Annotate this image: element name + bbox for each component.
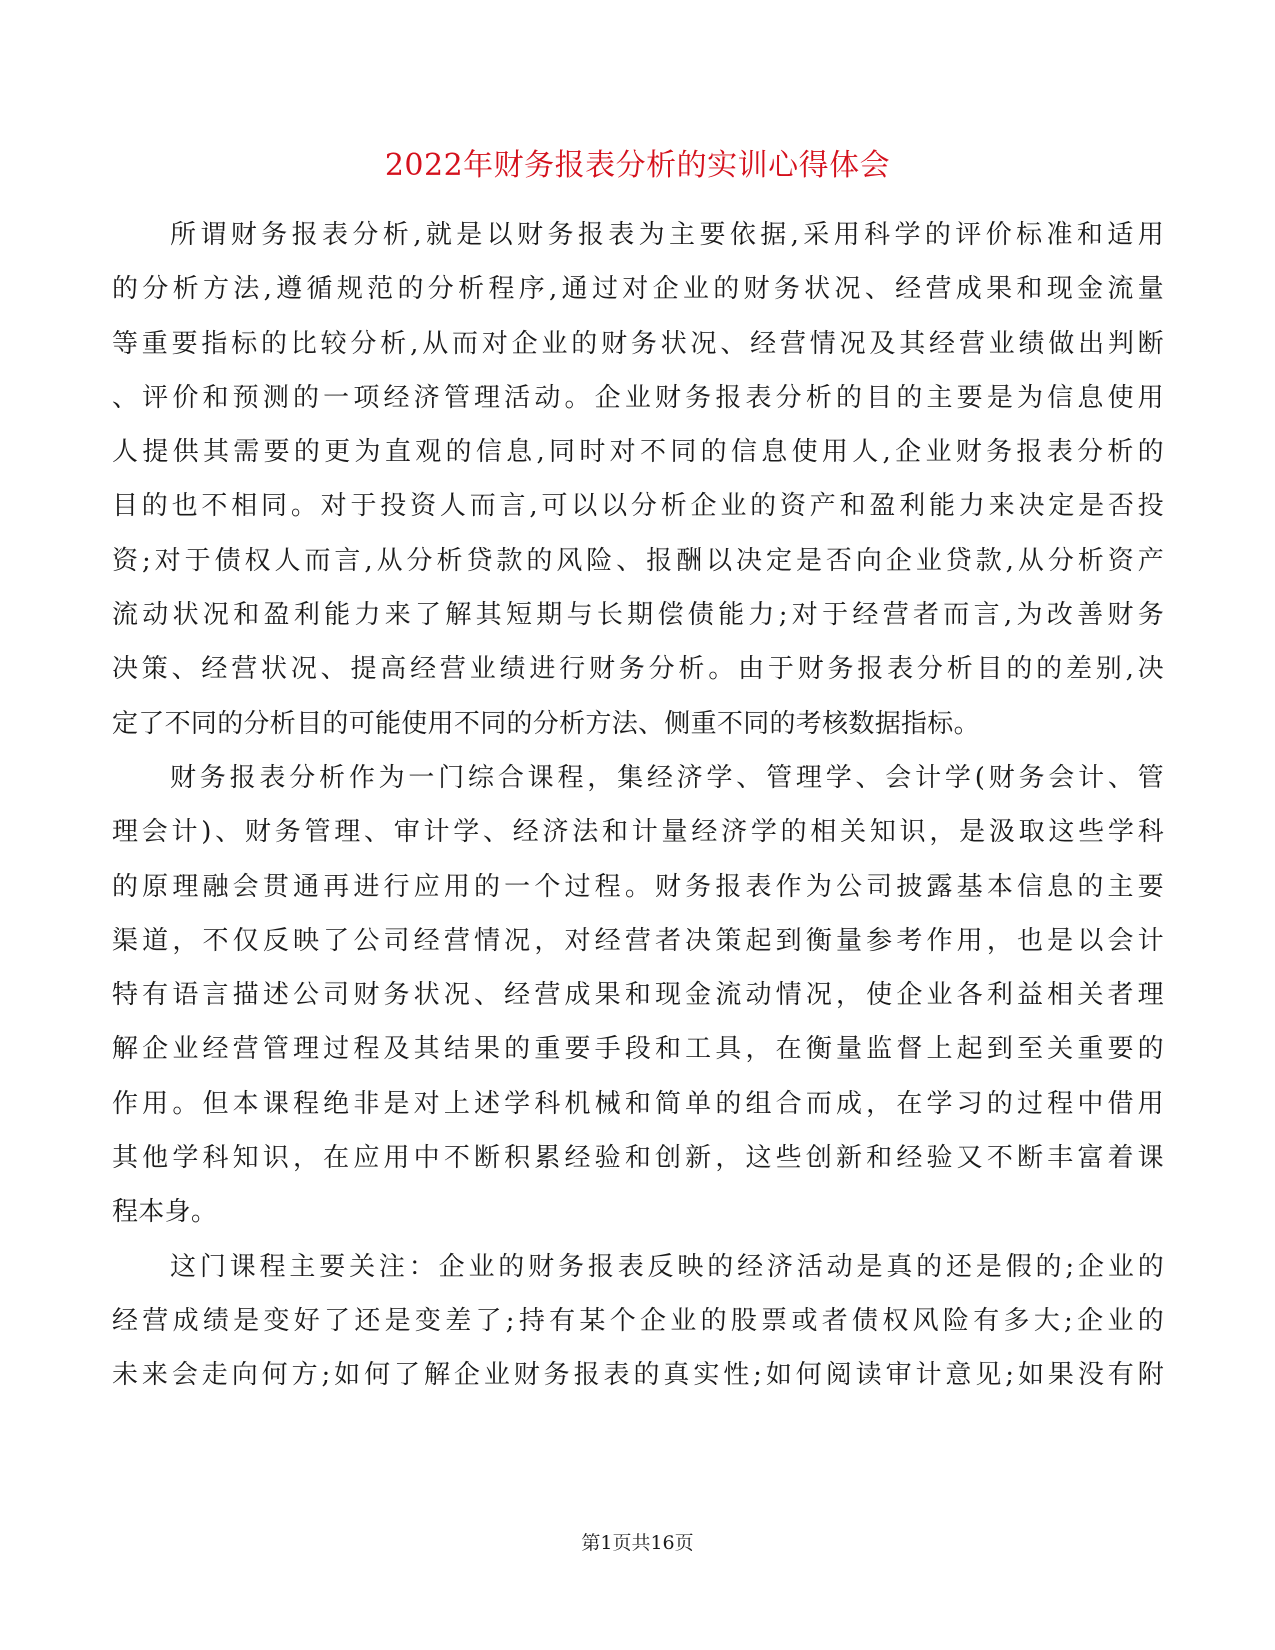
paragraph: 这门课程主要关注：企业的财务报表反映的经济活动是真的还是假的;企业的 经营成绩是… — [112, 1240, 1164, 1403]
paragraph: 所谓财务报表分析,就是以财务报表为主要依据,采用科学的评价标准和适用 的分析方法… — [112, 208, 1164, 751]
text-line: 解企业经营管理过程及其结果的重要手段和工具，在衡量监督上起到至关重要的 — [112, 1022, 1164, 1076]
text-line: 程本身。 — [112, 1185, 1164, 1239]
text-line: 资;对于债权人而言,从分析贷款的风险、报酬以决定是否向企业贷款,从分析资产 — [112, 534, 1164, 588]
text-line: 人提供其需要的更为直观的信息,同时对不同的信息使用人,企业财务报表分析的 — [112, 425, 1164, 479]
text-line: 目的也不相同。对于投资人而言,可以以分析企业的资产和盈利能力来决定是否投 — [112, 479, 1164, 533]
text-line: 渠道，不仅反映了公司经营情况，对经营者决策起到衡量参考作用，也是以会计 — [112, 914, 1164, 968]
document-body: 所谓财务报表分析,就是以财务报表为主要依据,采用科学的评价标准和适用 的分析方法… — [112, 208, 1164, 1403]
text-line: 未来会走向何方;如何了解企业财务报表的真实性;如何阅读审计意见;如果没有附 — [112, 1348, 1164, 1402]
text-line: 财务报表分析作为一门综合课程，集经济学、管理学、会计学(财务会计、管 — [112, 751, 1164, 805]
text-line: 的分析方法,遵循规范的分析程序,通过对企业的财务状况、经营成果和现金流量 — [112, 262, 1164, 316]
document-page: 2022年财务报表分析的实训心得体会 所谓财务报表分析,就是以财务报表为主要依据… — [0, 0, 1275, 1650]
paragraph: 财务报表分析作为一门综合课程，集经济学、管理学、会计学(财务会计、管 理会计)、… — [112, 751, 1164, 1240]
text-line: 经营成绩是变好了还是变差了;持有某个企业的股票或者债权风险有多大;企业的 — [112, 1294, 1164, 1348]
text-line: 所谓财务报表分析,就是以财务报表为主要依据,采用科学的评价标准和适用 — [112, 208, 1164, 262]
text-line: 的原理融会贯通再进行应用的一个过程。财务报表作为公司披露基本信息的主要 — [112, 860, 1164, 914]
text-line: 理会计)、财务管理、审计学、经济法和计量经济学的相关知识，是汲取这些学科 — [112, 805, 1164, 859]
text-line: 定了不同的分析目的可能使用不同的分析方法、侧重不同的考核数据指标。 — [112, 697, 1164, 751]
page-number-footer: 第1页共16页 — [0, 1530, 1275, 1556]
text-line: 决策、经营状况、提高经营业绩进行财务分析。由于财务报表分析目的的差别,决 — [112, 642, 1164, 696]
text-line: 其他学科知识，在应用中不断积累经验和创新，这些创新和经验又不断丰富着课 — [112, 1131, 1164, 1185]
text-line: 特有语言描述公司财务状况、经营成果和现金流动情况，使企业各利益相关者理 — [112, 968, 1164, 1022]
text-line: 、评价和预测的一项经济管理活动。企业财务报表分析的目的主要是为信息使用 — [112, 371, 1164, 425]
text-line: 作用。但本课程绝非是对上述学科机械和简单的组合而成，在学习的过程中借用 — [112, 1077, 1164, 1131]
text-line: 这门课程主要关注：企业的财务报表反映的经济活动是真的还是假的;企业的 — [112, 1240, 1164, 1294]
document-title: 2022年财务报表分析的实训心得体会 — [0, 146, 1275, 186]
text-line: 等重要指标的比较分析,从而对企业的财务状况、经营情况及其经营业绩做出判断 — [112, 317, 1164, 371]
text-line: 流动状况和盈利能力来了解其短期与长期偿债能力;对于经营者而言,为改善财务 — [112, 588, 1164, 642]
